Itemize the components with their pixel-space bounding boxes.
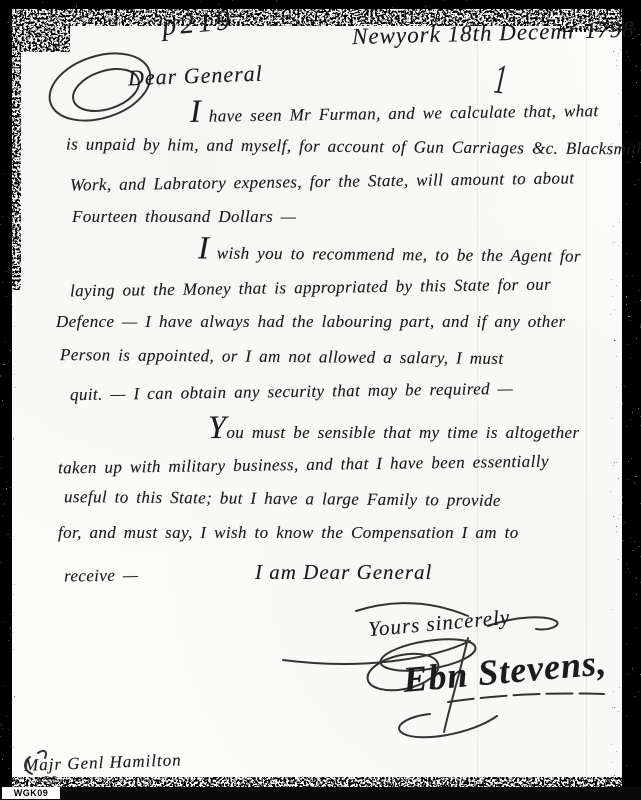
signature: Ebn Stevens, — [402, 641, 609, 701]
archive-label: WGK09 — [2, 787, 60, 799]
dateline: Newyork 18th Decemr 1798 — — [352, 16, 641, 50]
letter-line: I have seen Mr Furman, and we calculate … — [190, 97, 599, 127]
letter-line: quit. — I can obtain any security that m… — [70, 379, 513, 405]
letter-line: Person is appointed, or I am not allowed… — [60, 345, 504, 369]
letter-line: is unpaid by him, and myself, for accoun… — [66, 134, 641, 159]
letter-line: You must be sensible that my time is alt… — [208, 419, 579, 443]
letter-line: I wish you to recommend me, to be the Ag… — [198, 239, 581, 266]
letter-line: useful to this State; but I have a large… — [64, 487, 501, 511]
letter-line: taken up with military business, and tha… — [58, 452, 549, 479]
letter-line: for, and must say, I wish to know the Co… — [58, 523, 519, 543]
closing-intro: I am Dear General — [255, 560, 432, 585]
closing-salute: Yours sincerely — [367, 605, 511, 642]
frame-number: 52 — [44, 775, 59, 786]
letter-line: Fourteen thousand Dollars — — [72, 207, 296, 227]
address-line: Majr Genl Hamilton — [24, 750, 182, 775]
page-number: p219 — [161, 5, 236, 43]
stray-ink-mark: 1 — [492, 55, 509, 104]
letter-line: receive — — [64, 565, 139, 586]
letter-line: Defence — I have always had the labourin… — [56, 312, 566, 332]
letter-line: laying out the Money that is appropriate… — [70, 275, 551, 302]
salutation: Dear General — [128, 61, 264, 92]
scanned-letter-page: p219 Newyork 18th Decemr 1798 — 1 Dear G… — [0, 0, 641, 800]
letter-line: Work, and Labratory expenses, for the St… — [70, 168, 575, 195]
